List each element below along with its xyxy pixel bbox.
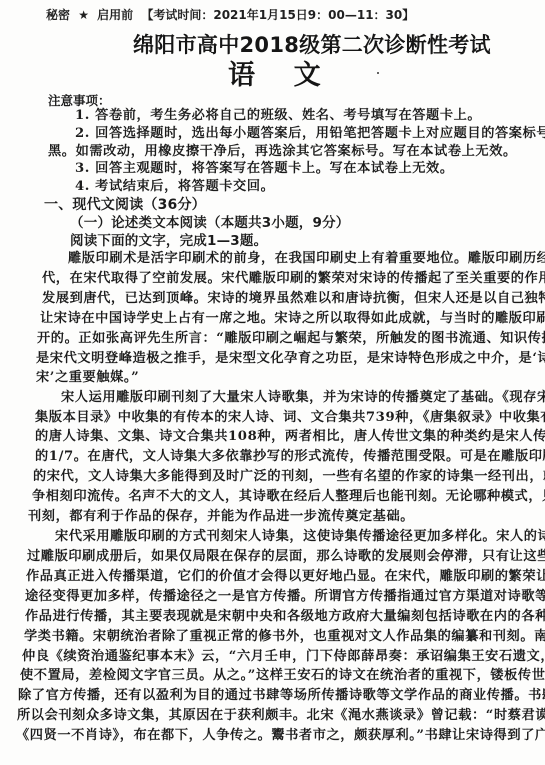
passage-line: 所以会刊刻众多诗文集，其原因在于获利颇丰。北宋《渑水燕谈录》曾记载：“时蔡君谟为 bbox=[17, 708, 545, 724]
notice-item: 3. 回答主观题时，将答案写在答题卡上。写在本试卷上无效。 bbox=[75, 161, 454, 177]
confidential-label: 秘密 bbox=[46, 8, 70, 22]
passage-line: 除了官方传播，还有以盈利为目的通过书肆等场所传播诗歌等文学作品的商业传播。书肆之 bbox=[18, 688, 545, 704]
notice-item: 1. 答卷前，考生务必将自己的班级、姓名、考号填写在答题卡上。 bbox=[75, 108, 481, 124]
notice-item: 4. 考试结束后，将答题卡交回。 bbox=[75, 179, 274, 195]
passage-line: 雕版印刷术是活字印刷术的前身，在我国印刷史上有着重要地位。雕版印刷历经唐、五 bbox=[68, 251, 545, 267]
passage-line: 宋’之重要触媒。” bbox=[36, 370, 139, 386]
notice-item-continued: 黑。如需改动，用橡皮擦干净后，再选涂其它答案标号。写在本试卷上无效。 bbox=[48, 144, 517, 160]
exam-header: 秘密 ★ 启用前 【考试时间：2021年1月15日9：00—11：30】 bbox=[46, 7, 414, 23]
subject-char-1: 语 bbox=[228, 61, 256, 91]
exam-page: 秘密 ★ 启用前 【考试时间：2021年1月15日9：00—11：30】 绵阳市… bbox=[0, 0, 545, 765]
passage-line: 的宋代，文人诗集大多能得到及时广泛的刊刻，一些有名望的作家的诗集一经刊出，就被人 bbox=[33, 469, 545, 485]
passage-line: 《四贤一不肖诗》，布在都下，人争传之。鬻书者市之，颇获厚利。”书肆让宋诗得到了广 bbox=[16, 728, 545, 744]
passage-line: 宋人运用雕版印刷刊刻了大量宋人诗歌集，并为宋诗的传播奠定了基础。《现存宋人别 bbox=[61, 390, 545, 406]
passage-line: 是宋代文明登峰造极之推手，是宋型文化孕育之功臣，是宋诗特色形成之中介，是‘诗分唐 bbox=[36, 351, 545, 367]
passage-line: 仲良《续资治通鉴纪事本末》云，“六月壬申，门下侍郎薛昂奏：承诏编集王安石遗文，乞 bbox=[22, 649, 545, 665]
exam-title: 绵阳市高中2018级第二次诊断性考试 bbox=[133, 33, 491, 57]
scan-speck bbox=[377, 72, 379, 74]
passage-line: 争相刻印流传。名声不大的文人，其诗歌在经后人整理后也能刊刻。无论哪种模式，只要被 bbox=[32, 489, 545, 505]
section-heading: 一、现代文阅读（36分） bbox=[44, 197, 206, 213]
passage-line: 作品进行传播，其主要表现就是宋朝中央和各级地方政府大量编刻包括诗歌在内的各种文 bbox=[25, 609, 545, 625]
passage-line: 过雕版印刷成册后，如果仅局限在保存的层面，那么诗歌的发展则会停滞，只有让这些诗歌 bbox=[27, 549, 545, 565]
passage-line: 让宋诗在中国诗学史上占有一席之地。宋诗之所以取得如此成就，与当时的雕版印刷是分不 bbox=[40, 311, 545, 327]
notice-heading: 注意事项： bbox=[48, 93, 111, 109]
passage-line: 作品真正进入传播渠道，它们的价值才会得以更好地凸显。在宋代，雕版印刷的繁荣让传播 bbox=[26, 569, 545, 585]
subsection-heading: （一）论述类文本阅读（本题共3小题，9分） bbox=[70, 215, 350, 231]
passage-line: 使不置局，差检阅文字官三员。从之。”这样王安石的诗文在统治者的重视下，镂板传世。 bbox=[20, 668, 545, 684]
subject-char-2: 文 bbox=[294, 61, 322, 91]
passage-line: 途径变得更加多样，传播途径之一是官方传播。所谓官方传播指通过官方渠道对诗歌等文学 bbox=[25, 589, 545, 605]
passage-line: 宋代采用雕版印刷的方式刊刻宋人诗集，这使诗集传播途径更加多样化。宋人的诗集通 bbox=[55, 529, 545, 545]
status-label: 启用前 bbox=[97, 8, 133, 22]
subject-title: 语文 bbox=[228, 61, 321, 91]
passage-line: 的1/7。在唐代，文人诗集大多依靠抄写的形式流传，传播范围受限。可是在雕版印刷繁… bbox=[35, 449, 545, 465]
reading-instruction: 阅读下面的文字，完成1—3题。 bbox=[70, 233, 267, 249]
passage-line: 发展到唐代，已达到顶峰。宋诗的境界虽然难以和唐诗抗衡，但宋人还是以自己独特的审美 bbox=[42, 291, 545, 307]
passage-line: 的唐人诗集、文集、诗文合集共108种，两者相比，唐人传世文集的种类约是宋人传世文… bbox=[35, 429, 545, 445]
notice-item: 2. 回答选择题时，选出每小题答案后，用铅笔把答题卡上对应题目的答案标号涂 bbox=[75, 126, 545, 142]
star-icon: ★ bbox=[78, 8, 89, 22]
passage-line: 代，在宋代取得了空前发展。宋代雕版印刷的繁荣对宋诗的传播起了至关重要的作用。诗歌 bbox=[42, 271, 545, 287]
exam-time: 【考试时间：2021年1月15日9：00—11：30】 bbox=[141, 8, 414, 22]
passage-line: 集版本目录》中收集的有传本的宋人诗、词、文合集共739种，《唐集叙录》中收集有传… bbox=[35, 410, 545, 426]
passage-line: 学类书籍。宋朝统治者除了重视正常的修书外，也重视对文人作品集的编纂和刊刻。南宋杨 bbox=[24, 629, 545, 645]
passage-line: 刊刻，都有利于作品的保存，并能为作品进一步流传奠定基础。 bbox=[28, 509, 414, 525]
passage-line: 开的。正如张高评先生所言：“雕版印刷之崛起与繁荣，所触发的图书流通、知识传播效应… bbox=[37, 331, 545, 347]
